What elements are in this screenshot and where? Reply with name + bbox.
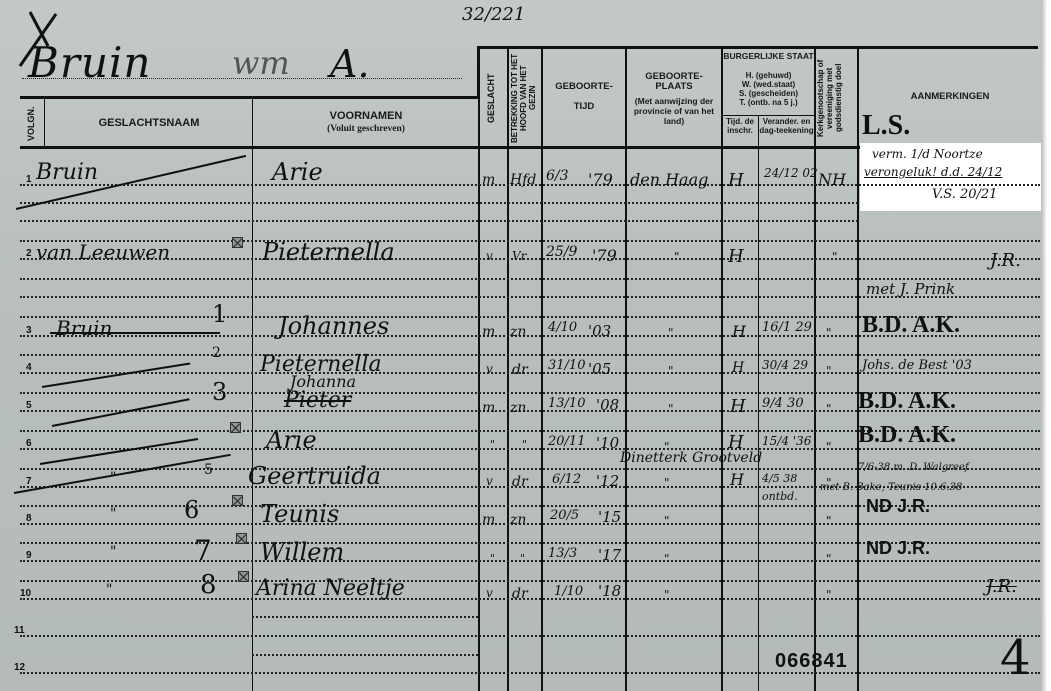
deceased-mark-icon [232,237,243,248]
header-geslacht: GESLACHT [486,52,500,144]
birth-place-cell: " [674,250,680,264]
col-divider-sex [507,48,509,691]
order-number: 8 [200,570,217,600]
relation-cell: Vr [512,249,526,263]
sex-cell: m [482,512,495,528]
ls-stamp: L.S. [862,110,910,142]
birth-place-cell: " [668,364,674,378]
relation-cell: dr [512,362,528,378]
birth-place-cell: " [664,552,670,566]
serial-number: 066841 [775,650,848,673]
strike-line [42,363,190,388]
relation-cell: zn [510,400,526,416]
civil-status-cell: H [732,360,744,376]
given-name-cell: Arie [266,426,317,454]
birth-year-cell: '08 [596,396,619,414]
birth-year-cell: '79 [592,246,617,265]
birth-year-cell: '10 [596,434,619,452]
row-subline [20,240,1040,242]
remarks-cell: J.R. [986,576,1017,597]
civil-subheader-rule [722,115,814,116]
change-date-cell: 24/12 02 [764,166,818,180]
header-tijd-inschr: Tijd. de inschr. [722,117,758,135]
scan-edge [1041,0,1051,691]
remarks-stamp: ND J.R. [866,538,930,559]
order-number: 5 [204,462,213,478]
remarks-cell: Johs. de Best '03 [862,358,972,373]
remarks-cell: J.R. [990,250,1021,271]
religion-cell: NH [818,170,846,189]
row-number: 6 [26,438,32,449]
surname-cell: " [110,506,116,522]
order-number: 7 [194,534,212,567]
col-divider-religion [857,48,859,691]
religion-cell: " [826,364,832,378]
header-geslachtsnaam: GESLACHTSNAAM [46,117,252,129]
header-geboorteplaats-sub: (Met aanwijzing der provincie of van het… [630,96,718,126]
relation-cell: " [522,438,527,451]
sex-cell: m [482,172,495,188]
birth-place-cell: " [664,476,670,490]
header-voornamen-sub: (Voluit geschreven) [254,124,478,135]
order-number: 1 [212,300,227,328]
birth-place-cell: " [668,326,674,340]
row-number: 7 [26,476,32,487]
col-divider-birthplace [721,48,723,691]
strike-line [40,438,198,465]
row-subline [20,580,1040,582]
family-name: Bruin [28,38,151,87]
relation-cell: dr [512,474,528,490]
change-date-cell: 16/1 29 [762,320,812,335]
birth-year-cell: '12 [596,472,619,490]
header-bs-t: T. (ontb. na 5 j.) [723,98,814,107]
row-subline [252,654,478,656]
col-divider-change [814,48,816,691]
relation-cell: dr [512,586,528,602]
husband-first-initial: A. [330,42,370,86]
remarks-stamp: B.D. A.K. [862,312,960,339]
birth-date-cell: 4/10 [548,320,577,335]
religion-cell: " [826,514,832,528]
husband-initials: wm [232,44,290,82]
religion-cell: " [826,326,832,340]
change-date-cell: 15/4 '36 [762,434,811,448]
order-number: 6 [184,496,199,524]
deceased-mark-icon [238,571,249,582]
birth-place-cell: " [668,402,674,416]
row-line-8 [20,523,1040,525]
change-date-cell: ontbd. [762,490,798,503]
civil-status-cell: H [730,396,746,417]
sex-cell: v [486,474,493,488]
corner-mark: 4 [1000,630,1031,686]
sex-cell: v [486,586,493,600]
remarks-stamp: B.D. A.K. [858,388,956,415]
birth-date-cell: 13/3 [548,546,577,561]
religion-cell: " [826,588,832,602]
row-line-12 [20,672,1040,674]
surname-cell: van Leeuwen [36,240,170,264]
strike-line [52,398,190,427]
deceased-mark-icon [232,495,243,506]
given-name-cell: Johannes [278,312,389,340]
deceased-mark-icon [236,533,247,544]
surname-cell: Bruin [56,316,112,340]
header-voornamen: VOORNAMEN [254,110,478,122]
deceased-mark-icon [230,422,241,433]
birth-year-cell: '15 [598,508,621,526]
note-line-1: verm. 1/d Noortze [872,147,983,161]
col-divider-birthdate [625,48,627,691]
header-betrekking: BETREKKING TOT HET HOOFD VAN HET GEZIN [510,52,540,144]
title-dotted-line [22,78,462,79]
row-number: 8 [26,513,32,524]
row-number: 5 [26,400,32,411]
birth-date-cell: 20/11 [548,434,585,449]
civil-status-cell: H [732,322,746,341]
birth-year-cell: '05 [588,360,611,378]
relation-cell: zn [510,512,526,528]
birth-date-cell: 20/5 [550,508,579,523]
given-name-cell: Geertruida [248,462,381,490]
sex-cell: " [490,552,495,565]
header-geboortetijd-2: TIJD [543,102,625,113]
given-name-cell: Arie [272,158,323,186]
religion-cell: " [826,552,832,566]
header-bs-h: H. (gehuwd) [723,71,814,80]
birth-date-cell: 6/12 [552,472,581,487]
civil-status-cell: H [728,432,744,453]
header-verander: Verander. en dag-teekening [759,117,814,135]
marriage-note: met B. Bake, Teunis 10.6.38 [820,482,962,493]
birth-place-cell: " [664,588,670,602]
given-name-cell: Teunis [260,500,339,528]
birth-place-cell: " [664,514,670,528]
given-name-cell: Pieternella [262,238,395,266]
header-geboortetijd-1: GEBOORTE- [543,82,625,93]
row-number: 11 [14,625,25,636]
row-line-10 [20,598,1040,600]
given-name-cell: Pieter [284,388,351,413]
change-date-cell: 4/5 38 [762,472,797,485]
surname-cell: " [110,544,116,560]
row-subline [20,220,858,222]
civil-status-cell: H [728,246,744,267]
birth-date-cell: 6/3 [546,168,569,184]
header-aanmerkingen: AANMERKINGEN [860,92,1040,103]
header-left-top-rule [20,96,480,99]
sex-cell: " [490,438,495,451]
birth-year-cell: '17 [598,546,621,564]
header-bs-s: S. (gescheiden) [723,89,814,98]
religion-cell: " [826,440,832,454]
birth-date-cell: 1/10 [554,584,583,599]
change-date-cell: 30/4 29 [762,358,808,372]
remarks-cell: 7/6-38 m. D. Walgreef [858,462,969,473]
row-subline [252,616,478,618]
birth-year-cell: '79 [588,170,613,189]
civil-status-cell: H [730,470,744,489]
birth-date-cell: 25/9 [546,244,577,260]
strike-line [50,332,220,334]
birth-year-cell: '18 [598,582,621,600]
row-line-11 [20,635,1040,637]
religion-cell: " [832,250,838,264]
header-bs-w: W. (wed.staat) [723,80,814,89]
header-kerkgenootschap: Kerkgenootschap of vereeniging met godsd… [816,52,856,144]
change-date-cell: 9/4 30 [762,396,804,411]
header-volgnr: VOLGN. [26,104,40,144]
remarks-note-box: verm. 1/d Noortze verongeluk! d.d. 24/12… [860,143,1042,211]
sex-cell: v [486,362,493,376]
religion-cell: " [826,402,832,416]
given-name-cell: Willem [260,538,344,566]
note-line-3: V.S. 20/21 [932,187,997,202]
order-number: 2 [212,345,221,361]
birth-year-cell: '03 [588,322,611,340]
row-line-2 [20,258,1040,260]
row-number: 3 [26,325,32,336]
row-number: 4 [26,362,32,373]
remarks-stamp: ND J.R. [866,496,930,517]
family-register-card: 32/221 Bruin wm A. VOLGN. GESLACHTSNAAM … [0,0,1051,691]
header-burgerlijke-staat: BURGERLIJKE STAAT [723,52,814,61]
note-line-2: verongeluk! d.d. 24/12 [864,165,1002,179]
sex-cell: m [482,324,495,340]
order-number: 3 [212,378,227,406]
marriage-note: met J. Prink [866,280,955,298]
reference-number: 32/221 [462,4,525,25]
row-number: 2 [26,248,32,259]
sex-cell: m [482,400,495,416]
col-divider-volgnr [44,98,45,148]
sex-cell: v [486,249,493,263]
birth-date-cell: 31/10 [548,358,585,373]
header-top-rule [478,46,1038,49]
relation-cell: " [520,552,525,565]
row-line-9 [20,560,1040,562]
header-geboorteplaats-2: PLAATS [627,82,721,93]
row-number: 12 [14,662,25,673]
surname-cell: " [106,582,112,598]
relation-cell: Hfd [510,172,536,188]
remarks-stamp: B.D. A.K. [858,422,956,449]
birth-date-cell: 13/10 [548,396,585,411]
given-name-cell: Arina Neeltje [256,576,405,601]
row-number: 1 [26,174,32,185]
col-divider-surname [252,98,253,691]
civil-status-cell: H [728,170,744,191]
row-number: 9 [26,550,32,561]
row-subline [20,354,1040,356]
row-number: 10 [20,588,31,599]
col-divider-given [478,48,480,691]
birth-place-cell: den Haag [630,170,708,189]
surname-cell: Bruin [36,160,98,185]
relation-cell: zn [510,324,526,340]
surname-cell: " [110,470,116,486]
col-divider-relation [541,48,543,691]
row-subline [20,202,858,204]
